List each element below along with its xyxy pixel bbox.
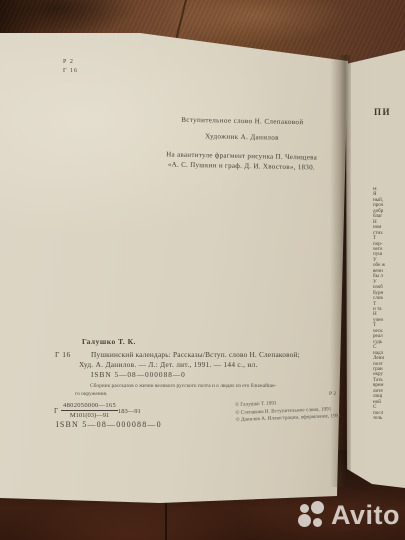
annotation-right-code: Р 2 xyxy=(329,391,336,397)
artist-credit: Художник А. Данилов xyxy=(99,130,384,144)
isbn-inline: ISBN 5—08—000088—0 xyxy=(91,370,347,380)
avito-watermark-text: Avito xyxy=(331,500,400,531)
corner-code-line2: Г 16 xyxy=(63,67,78,76)
bibliographic-entry: Галушко Т. К. Г 16 Пушкинский календарь:… xyxy=(45,337,347,380)
avito-logo-icon xyxy=(298,501,326,530)
avito-watermark: Avito xyxy=(298,500,400,531)
catalog-index-formula: Г 4802050000—165 М101(03)—91 183—91 xyxy=(54,402,141,419)
avito-dot-icon xyxy=(313,518,322,527)
avito-dot-icon xyxy=(298,514,311,527)
catalog-index-prefix: Г xyxy=(54,407,58,415)
catalog-index-numerator: 4802050000—165 xyxy=(61,402,118,411)
catalog-index-fraction: 4802050000—165 М101(03)—91 xyxy=(61,402,118,419)
annotation-line2: го окружения. xyxy=(75,390,347,398)
catalog-code: Г 16 xyxy=(55,350,71,359)
copyright-block: © Галушко Т. 1991© Слепакова Н. Вступите… xyxy=(235,398,349,425)
bibliographic-line2: Худ. А. Данилов. — Л.: Дет. лит., 1991. … xyxy=(79,360,347,370)
corner-code-line1: Р 2 xyxy=(63,58,78,67)
right-page-text-line: тель xyxy=(373,416,405,421)
catalog-index-suffix: 183—91 xyxy=(118,408,141,415)
avito-dot-icon xyxy=(300,504,309,513)
credits-block: Вступительное слово Н. Слепаковой Художн… xyxy=(99,114,385,174)
isbn-bottom: ISBN 5—08—000088—0 xyxy=(56,420,162,429)
right-page-text-fragments: НЯный,прочдобрблагНномстихТпор-чегопушУо… xyxy=(373,187,405,427)
annotation-line1: Сборник рассказов о жизни великого русск… xyxy=(90,382,347,390)
annotation: Сборник рассказов о жизни великого русск… xyxy=(75,382,347,398)
catalog-index-denominator: М101(03)—91 xyxy=(61,411,118,419)
avito-dot-icon xyxy=(311,501,324,514)
right-page-heading-fragment: ПИ xyxy=(374,107,391,117)
floor-seam xyxy=(165,498,167,540)
bibliographic-line1: Пушкинский календарь: Рассказы/Вступ. сл… xyxy=(91,350,347,360)
book-photo: Р 2 Г 16 Вступительное слово Н. Слепаков… xyxy=(0,0,405,540)
author-name: Галушко Т. К. xyxy=(82,337,347,346)
corner-catalog-codes: Р 2 Г 16 xyxy=(63,58,78,75)
